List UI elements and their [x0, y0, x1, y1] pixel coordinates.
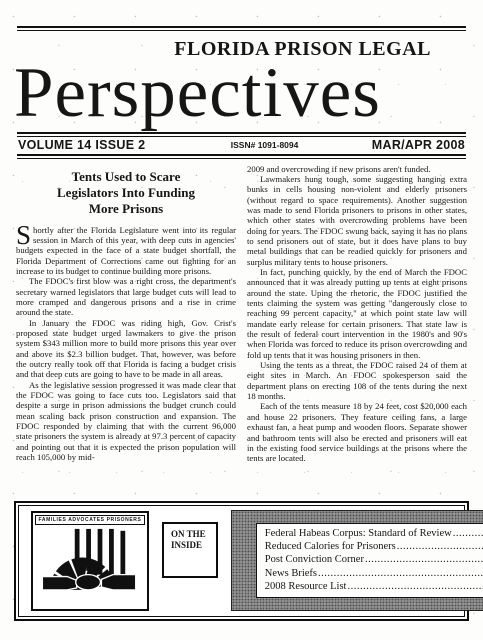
- dot-leader: [453, 527, 483, 540]
- toc-item-label: Post Conviction Corner: [265, 553, 364, 566]
- handshake-prison-bars-icon: [33, 525, 147, 609]
- toc-box: FAMILIES ADVOCATES PRISONERS: [14, 501, 469, 621]
- article-body: Tents Used to Scare Legislators Into Fun…: [0, 164, 483, 495]
- paragraph: In January the FDOC was riding high, Gov…: [16, 318, 236, 380]
- volume-bar-rule: [17, 154, 466, 159]
- dot-leader: [365, 553, 483, 566]
- paragraph: Using the tents as a threat, the FDOC ra…: [247, 360, 467, 401]
- dot-leader: [318, 567, 483, 580]
- paragraph: In fact, punching quickly, by the end of…: [247, 267, 467, 360]
- toc-item: Post Conviction Corner 9: [265, 553, 483, 566]
- dot-leader: [397, 540, 483, 553]
- toc-item: Reduced Calories for Prisoners 4: [265, 540, 483, 553]
- masthead-title: Perspectives: [0, 59, 483, 129]
- drop-cap: S: [16, 225, 33, 245]
- top-rule: [17, 26, 466, 31]
- paragraph: Shortly after the Florida Legislature we…: [16, 225, 236, 277]
- toc-item: Federal Habeas Corpus: Standard of Revie…: [265, 527, 483, 540]
- article-title-line: Legislators Into Funding: [16, 185, 236, 201]
- paragraph-text: hortly after the Florida Legislature wen…: [16, 225, 236, 276]
- logo-banner-text: FAMILIES ADVOCATES PRISONERS: [35, 515, 145, 525]
- issue-date-label: MAR/APR 2008: [372, 138, 465, 152]
- fplp-logo: FAMILIES ADVOCATES PRISONERS: [31, 511, 149, 611]
- right-column: 2009 and overcrowding if new prisons are…: [247, 164, 467, 495]
- article-title: Tents Used to Scare Legislators Into Fun…: [16, 169, 236, 217]
- left-column: Tents Used to Scare Legislators Into Fun…: [16, 164, 236, 495]
- paragraph: The FDOC's first blow was a right cross,…: [16, 276, 236, 317]
- dot-leader: [347, 580, 483, 593]
- volume-bar: VOLUME 14 ISSUE 2 ISSN# 1091-8094 MAR/AP…: [0, 132, 483, 159]
- toc-item-label: News Briefs: [265, 567, 317, 580]
- toc-list: Federal Habeas Corpus: Standard of Revie…: [256, 523, 483, 598]
- toc-item-label: Federal Habeas Corpus: Standard of Revie…: [265, 527, 452, 540]
- on-the-inside-text: ON THE INSIDE: [171, 529, 207, 552]
- paragraph: Lawmakers hung tough, some suggesting ha…: [247, 174, 467, 267]
- article-title-line: Tents Used to Scare: [16, 169, 236, 185]
- paragraph: As the legislative session progressed it…: [16, 380, 236, 463]
- toc-item-label: Reduced Calories for Prisoners: [265, 540, 396, 553]
- volume-issue-label: VOLUME 14 ISSUE 2: [18, 138, 145, 152]
- on-the-inside-label: ON THE INSIDE: [162, 522, 218, 578]
- issn-label: ISSN# 1091-8094: [231, 140, 299, 150]
- toc-item: News Briefs 13: [265, 567, 483, 580]
- paragraph: 2009 and overcrowding if new prisons are…: [247, 164, 467, 174]
- paragraph: Each of the tents measure 18 by 24 feet,…: [247, 401, 467, 463]
- toc-item: 2008 Resource List 18: [265, 580, 483, 593]
- article-title-line: More Prisons: [16, 201, 236, 217]
- toc-shaded-panel: Federal Habeas Corpus: Standard of Revie…: [231, 510, 483, 611]
- toc-item-label: 2008 Resource List: [265, 580, 347, 593]
- newsletter-page: FLORIDA PRISON LEGAL Perspectives VOLUME…: [0, 0, 483, 640]
